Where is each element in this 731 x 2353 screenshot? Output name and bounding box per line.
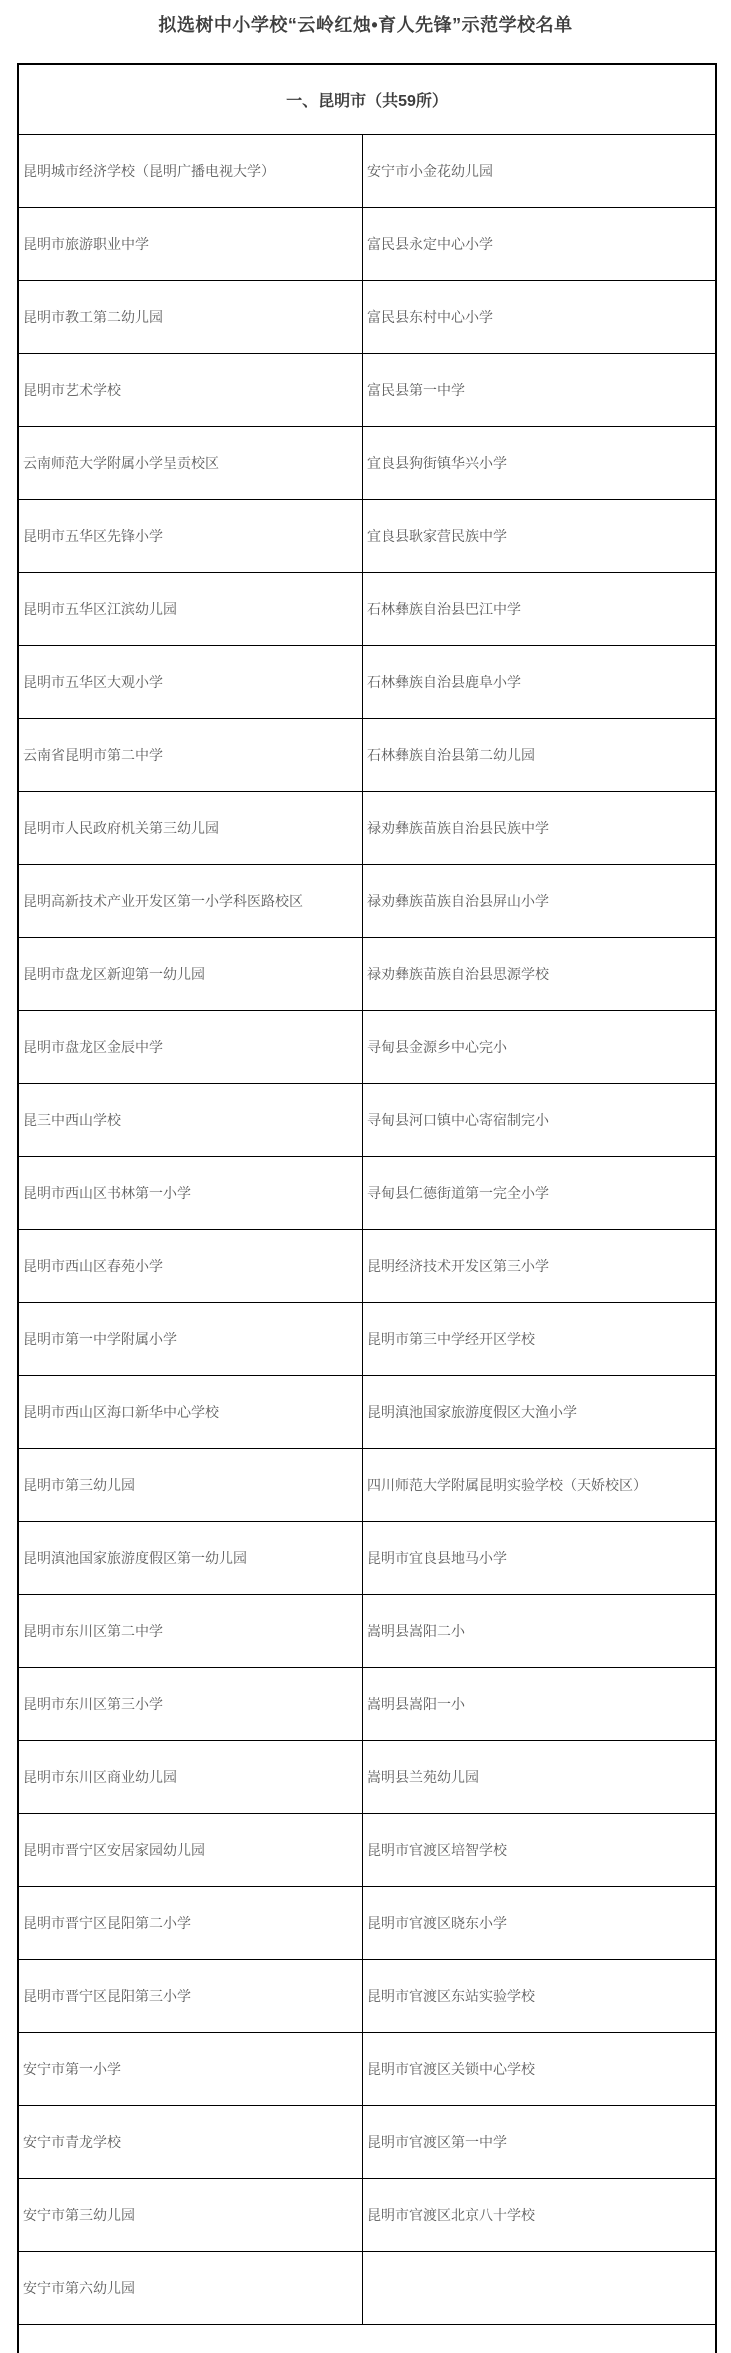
school-name-cell: 寻甸县仁德街道第一完全小学 bbox=[363, 1157, 715, 1229]
table-row: 昆明市盘龙区金辰中学寻甸县金源乡中心完小 bbox=[19, 1011, 715, 1084]
school-name-cell: 昆明市盘龙区新迎第一幼儿园 bbox=[19, 938, 363, 1010]
school-name-cell: 昆明市西山区春苑小学 bbox=[19, 1230, 363, 1302]
page-title: 拟选树中小学校“云岭红烛•育人先锋”示范学校名单 bbox=[0, 0, 731, 37]
school-name-cell: 昆明市官渡区培智学校 bbox=[363, 1814, 715, 1886]
school-list-table: 一、昆明市（共59所） 昆明城市经济学校（昆明广播电视大学）安宁市小金花幼儿园昆… bbox=[17, 63, 717, 2353]
table-row: 昆明市教工第二幼儿园富民县东村中心小学 bbox=[19, 281, 715, 354]
table-row: 昆明市五华区先锋小学宜良县耿家营民族中学 bbox=[19, 500, 715, 573]
table-row: 昆明市晋宁区昆阳第三小学昆明市官渡区东站实验学校 bbox=[19, 1960, 715, 2033]
school-name-cell bbox=[363, 2252, 715, 2324]
school-name-cell: 昆明市晋宁区昆阳第二小学 bbox=[19, 1887, 363, 1959]
table-row: 安宁市第三幼儿园昆明市官渡区北京八十学校 bbox=[19, 2179, 715, 2252]
school-name-cell: 云南师范大学附属小学呈贡校区 bbox=[19, 427, 363, 499]
school-name-cell: 昆明滇池国家旅游度假区第一幼儿园 bbox=[19, 1522, 363, 1594]
school-name-cell: 昆明市东川区第三小学 bbox=[19, 1668, 363, 1740]
table-row: 昆明市人民政府机关第三幼儿园禄劝彝族苗族自治县民族中学 bbox=[19, 792, 715, 865]
table-row: 昆明市西山区海口新华中心学校昆明滇池国家旅游度假区大渔小学 bbox=[19, 1376, 715, 1449]
school-name-cell: 宜良县狗街镇华兴小学 bbox=[363, 427, 715, 499]
table-row: 云南省昆明市第二中学石林彝族自治县第二幼儿园 bbox=[19, 719, 715, 792]
table-row: 昆明市旅游职业中学富民县永定中心小学 bbox=[19, 208, 715, 281]
school-name-cell: 昆明市第一中学附属小学 bbox=[19, 1303, 363, 1375]
school-name-cell: 安宁市第一小学 bbox=[19, 2033, 363, 2105]
table-row: 昆明市艺术学校富民县第一中学 bbox=[19, 354, 715, 427]
school-name-cell: 安宁市小金花幼儿园 bbox=[363, 135, 715, 207]
table-row: 云南师范大学附属小学呈贡校区宜良县狗街镇华兴小学 bbox=[19, 427, 715, 500]
school-name-cell: 寻甸县金源乡中心完小 bbox=[363, 1011, 715, 1083]
school-name-cell: 昆明市教工第二幼儿园 bbox=[19, 281, 363, 353]
table-row: 昆明市晋宁区昆阳第二小学昆明市官渡区晓东小学 bbox=[19, 1887, 715, 1960]
school-name-cell: 嵩明县嵩阳一小 bbox=[363, 1668, 715, 1740]
school-name-cell: 昆明经济技术开发区第三小学 bbox=[363, 1230, 715, 1302]
table-row: 昆明城市经济学校（昆明广播电视大学）安宁市小金花幼儿园 bbox=[19, 135, 715, 208]
table-row: 昆明市东川区第二中学嵩明县嵩阳二小 bbox=[19, 1595, 715, 1668]
school-name-cell: 富民县永定中心小学 bbox=[363, 208, 715, 280]
school-name-cell: 昆明市官渡区北京八十学校 bbox=[363, 2179, 715, 2251]
table-row: 昆明市盘龙区新迎第一幼儿园禄劝彝族苗族自治县思源学校 bbox=[19, 938, 715, 1011]
table-row: 安宁市第一小学昆明市官渡区关锁中心学校 bbox=[19, 2033, 715, 2106]
school-name-cell: 安宁市青龙学校 bbox=[19, 2106, 363, 2178]
school-name-cell: 昆明高新技术产业开发区第一小学科医路校区 bbox=[19, 865, 363, 937]
school-name-cell: 富民县第一中学 bbox=[363, 354, 715, 426]
school-name-cell: 昆明市第三中学经开区学校 bbox=[363, 1303, 715, 1375]
school-name-cell: 宜良县耿家营民族中学 bbox=[363, 500, 715, 572]
school-name-cell: 昆明市五华区先锋小学 bbox=[19, 500, 363, 572]
school-name-cell: 寻甸县河口镇中心寄宿制完小 bbox=[363, 1084, 715, 1156]
school-name-cell: 昆明城市经济学校（昆明广播电视大学） bbox=[19, 135, 363, 207]
school-name-cell: 昆明市宜良县地马小学 bbox=[363, 1522, 715, 1594]
table-row: 昆明市五华区大观小学石林彝族自治县鹿阜小学 bbox=[19, 646, 715, 719]
table-body: 昆明城市经济学校（昆明广播电视大学）安宁市小金花幼儿园昆明市旅游职业中学富民县永… bbox=[19, 135, 715, 2325]
table-row: 昆三中西山学校寻甸县河口镇中心寄宿制完小 bbox=[19, 1084, 715, 1157]
school-name-cell: 昆明市人民政府机关第三幼儿园 bbox=[19, 792, 363, 864]
table-row: 昆明市东川区商业幼儿园嵩明县兰苑幼儿园 bbox=[19, 1741, 715, 1814]
school-name-cell: 昆明市西山区海口新华中心学校 bbox=[19, 1376, 363, 1448]
school-name-cell: 昆明市艺术学校 bbox=[19, 354, 363, 426]
section-header-row: 一、昆明市（共59所） bbox=[19, 65, 715, 135]
table-row: 安宁市青龙学校昆明市官渡区第一中学 bbox=[19, 2106, 715, 2179]
school-name-cell: 云南省昆明市第二中学 bbox=[19, 719, 363, 791]
table-row: 安宁市第六幼儿园 bbox=[19, 2252, 715, 2325]
school-name-cell: 昆明市晋宁区昆阳第三小学 bbox=[19, 1960, 363, 2032]
table-row: 昆明市西山区春苑小学昆明经济技术开发区第三小学 bbox=[19, 1230, 715, 1303]
school-name-cell: 昆明市晋宁区安居家园幼儿园 bbox=[19, 1814, 363, 1886]
section-header-label: 一、昆明市（共59所） bbox=[286, 88, 448, 111]
table-row: 昆明高新技术产业开发区第一小学科医路校区禄劝彝族苗族自治县屏山小学 bbox=[19, 865, 715, 938]
document-page: 拟选树中小学校“云岭红烛•育人先锋”示范学校名单 一、昆明市（共59所） 昆明城… bbox=[0, 0, 731, 2353]
school-name-cell: 禄劝彝族苗族自治县民族中学 bbox=[363, 792, 715, 864]
table-row: 昆明市第三幼儿园四川师范大学附属昆明实验学校（天娇校区） bbox=[19, 1449, 715, 1522]
school-name-cell: 昆明市西山区书林第一小学 bbox=[19, 1157, 363, 1229]
school-name-cell: 昆明市东川区商业幼儿园 bbox=[19, 1741, 363, 1813]
table-row: 昆明市西山区书林第一小学寻甸县仁德街道第一完全小学 bbox=[19, 1157, 715, 1230]
school-name-cell: 昆明市盘龙区金辰中学 bbox=[19, 1011, 363, 1083]
school-name-cell: 嵩明县嵩阳二小 bbox=[363, 1595, 715, 1667]
school-name-cell: 昆明市官渡区关锁中心学校 bbox=[363, 2033, 715, 2105]
table-row: 昆明市第一中学附属小学昆明市第三中学经开区学校 bbox=[19, 1303, 715, 1376]
school-name-cell: 安宁市第三幼儿园 bbox=[19, 2179, 363, 2251]
school-name-cell: 昆明市五华区江滨幼儿园 bbox=[19, 573, 363, 645]
school-name-cell: 嵩明县兰苑幼儿园 bbox=[363, 1741, 715, 1813]
school-name-cell: 昆明滇池国家旅游度假区大渔小学 bbox=[363, 1376, 715, 1448]
school-name-cell: 昆明市官渡区晓东小学 bbox=[363, 1887, 715, 1959]
school-name-cell: 四川师范大学附属昆明实验学校（天娇校区） bbox=[363, 1449, 715, 1521]
school-name-cell: 昆三中西山学校 bbox=[19, 1084, 363, 1156]
next-section-partial-row bbox=[19, 2325, 715, 2353]
school-name-cell: 昆明市五华区大观小学 bbox=[19, 646, 363, 718]
school-name-cell: 昆明市旅游职业中学 bbox=[19, 208, 363, 280]
school-name-cell: 昆明市官渡区东站实验学校 bbox=[363, 1960, 715, 2032]
school-name-cell: 昆明市第三幼儿园 bbox=[19, 1449, 363, 1521]
school-name-cell: 禄劝彝族苗族自治县思源学校 bbox=[363, 938, 715, 1010]
school-name-cell: 昆明市官渡区第一中学 bbox=[363, 2106, 715, 2178]
school-name-cell: 富民县东村中心小学 bbox=[363, 281, 715, 353]
school-name-cell: 石林彝族自治县第二幼儿园 bbox=[363, 719, 715, 791]
school-name-cell: 禄劝彝族苗族自治县屏山小学 bbox=[363, 865, 715, 937]
table-row: 昆明市东川区第三小学嵩明县嵩阳一小 bbox=[19, 1668, 715, 1741]
school-name-cell: 石林彝族自治县鹿阜小学 bbox=[363, 646, 715, 718]
school-name-cell: 石林彝族自治县巴江中学 bbox=[363, 573, 715, 645]
table-row: 昆明市晋宁区安居家园幼儿园昆明市官渡区培智学校 bbox=[19, 1814, 715, 1887]
table-row: 昆明滇池国家旅游度假区第一幼儿园昆明市宜良县地马小学 bbox=[19, 1522, 715, 1595]
school-name-cell: 安宁市第六幼儿园 bbox=[19, 2252, 363, 2324]
school-name-cell: 昆明市东川区第二中学 bbox=[19, 1595, 363, 1667]
table-row: 昆明市五华区江滨幼儿园石林彝族自治县巴江中学 bbox=[19, 573, 715, 646]
